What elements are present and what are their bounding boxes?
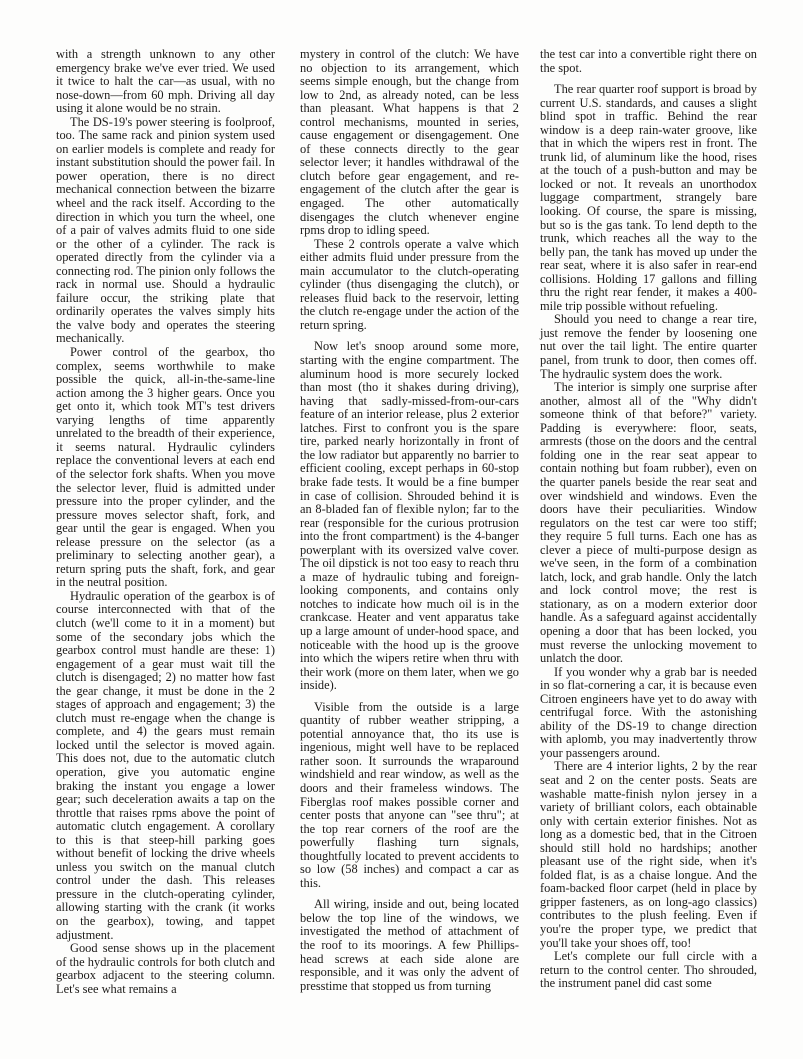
paragraph: Hydraulic operation of the gearbox is of… (56, 590, 275, 942)
paragraph: The interior is simply one surprise afte… (540, 381, 757, 665)
paragraph: Should you need to change a rear tire, j… (540, 313, 757, 381)
paragraph: Now let's snoop around some more, starti… (300, 340, 519, 692)
text-column-2: mystery in control of the clutch: We hav… (300, 48, 519, 993)
paragraph: mystery in control of the clutch: We hav… (300, 48, 519, 238)
text-column-3: the test car into a convertible right th… (540, 48, 757, 991)
magazine-page: with a strength unknown to any other eme… (0, 0, 803, 1059)
paragraph: All wiring, inside and out, being locate… (300, 898, 519, 993)
paragraph: Power control of the gearbox, tho comple… (56, 346, 275, 590)
paragraph: Let's complete our full circle with a re… (540, 950, 757, 991)
paragraph: Visible from the outside is a large quan… (300, 701, 519, 891)
paragraph: If you wonder why a grab bar is needed i… (540, 666, 757, 761)
paragraph: The DS-19's power steering is foolproof,… (56, 116, 275, 346)
paragraph: There are 4 interior lights, 2 by the re… (540, 760, 757, 950)
paragraph: These 2 controls operate a valve which e… (300, 238, 519, 333)
text-column-1: with a strength unknown to any other eme… (56, 48, 275, 996)
paragraph: The rear quarter roof support is broad b… (540, 83, 757, 313)
paragraph: the test car into a convertible right th… (540, 48, 757, 75)
paragraph: with a strength unknown to any other eme… (56, 48, 275, 116)
paragraph: Good sense shows up in the placement of … (56, 942, 275, 996)
